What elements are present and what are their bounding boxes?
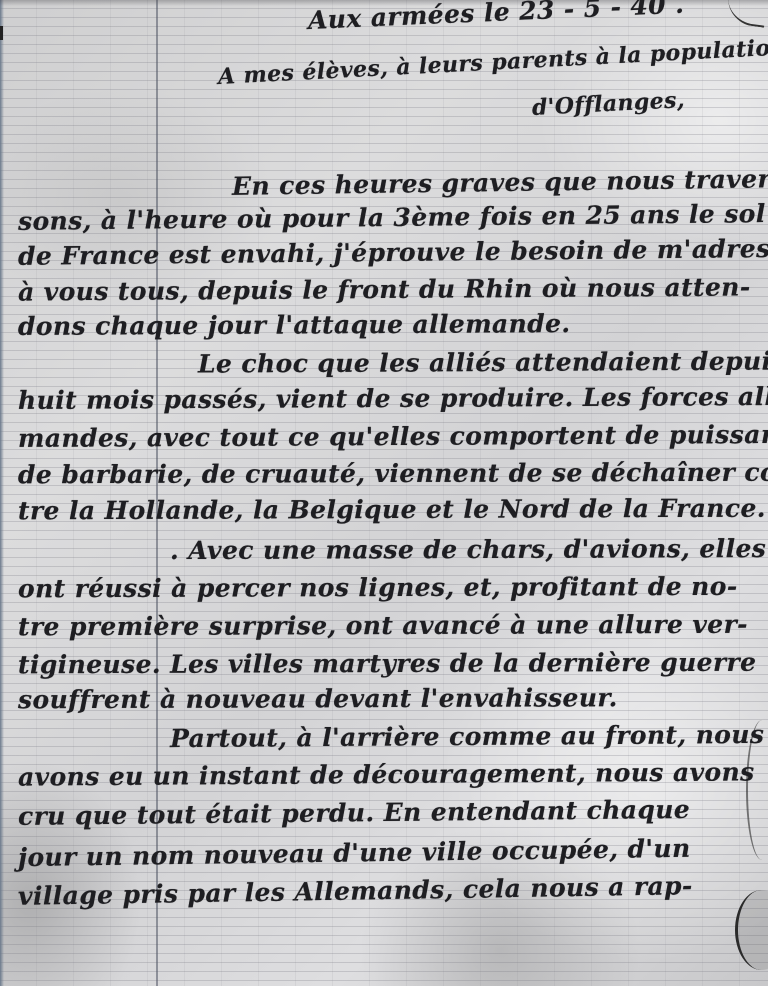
body-line: tre première surprise, ont avancé à une … (18, 612, 758, 640)
letter-page: Aux armées le 23 - 5 - 40 . A mes élèves… (0, 0, 768, 986)
place-date: Aux armées le 23 - 5 - 40 . (307, 0, 684, 33)
body-line: dons chaque jour l'attaque allemande. (18, 310, 758, 339)
salutation-line-2: d'Offlanges, (531, 89, 685, 119)
body-line: jour un nom nouveau d'une ville occupée,… (18, 835, 758, 870)
body-line: sons, à l'heure où pour la 3ème fois en … (18, 201, 758, 234)
body-line: En ces heures graves que nous traver- (232, 166, 768, 199)
body-line: de barbarie, de cruauté, viennent de se … (18, 460, 758, 488)
body-line: Partout, à l'arrière comme au front, nou… (170, 722, 765, 751)
margin-line (156, 0, 158, 986)
body-line: tre la Hollande, la Belgique et le Nord … (18, 496, 758, 524)
corner-pen-stroke (724, 0, 768, 28)
body-line: cru que tout était perdu. En entendant c… (18, 796, 758, 829)
body-line: . Avec une masse de chars, d'avions, ell… (170, 536, 766, 563)
salutation-line-1: A mes élèves, à leurs parents à la popul… (217, 36, 768, 88)
paper-left-edge (0, 0, 4, 986)
body-line: village pris par les Allemands, cela nou… (18, 872, 758, 909)
paper-fold-shadow (735, 890, 768, 970)
body-line: à vous tous, depuis le front du Rhin où … (18, 274, 758, 304)
body-line: Le choc que les alliés attendaient depui… (198, 348, 768, 376)
body-line: tigineuse. Les villes martyres de la der… (18, 650, 758, 678)
body-line: ont réussi à percer nos lignes, et, prof… (18, 574, 758, 602)
body-line: avons eu un instant de découragement, no… (18, 759, 758, 789)
body-line: mandes, avec tout ce qu'elles comportent… (18, 422, 758, 451)
body-line: de France est envahi, j'éprouve le besoi… (18, 236, 758, 269)
body-line: souffrent à nouveau devant l'envahisseur… (18, 685, 758, 713)
body-line: huit mois passés, vient de se produire. … (18, 384, 758, 413)
edge-mark (0, 26, 3, 40)
